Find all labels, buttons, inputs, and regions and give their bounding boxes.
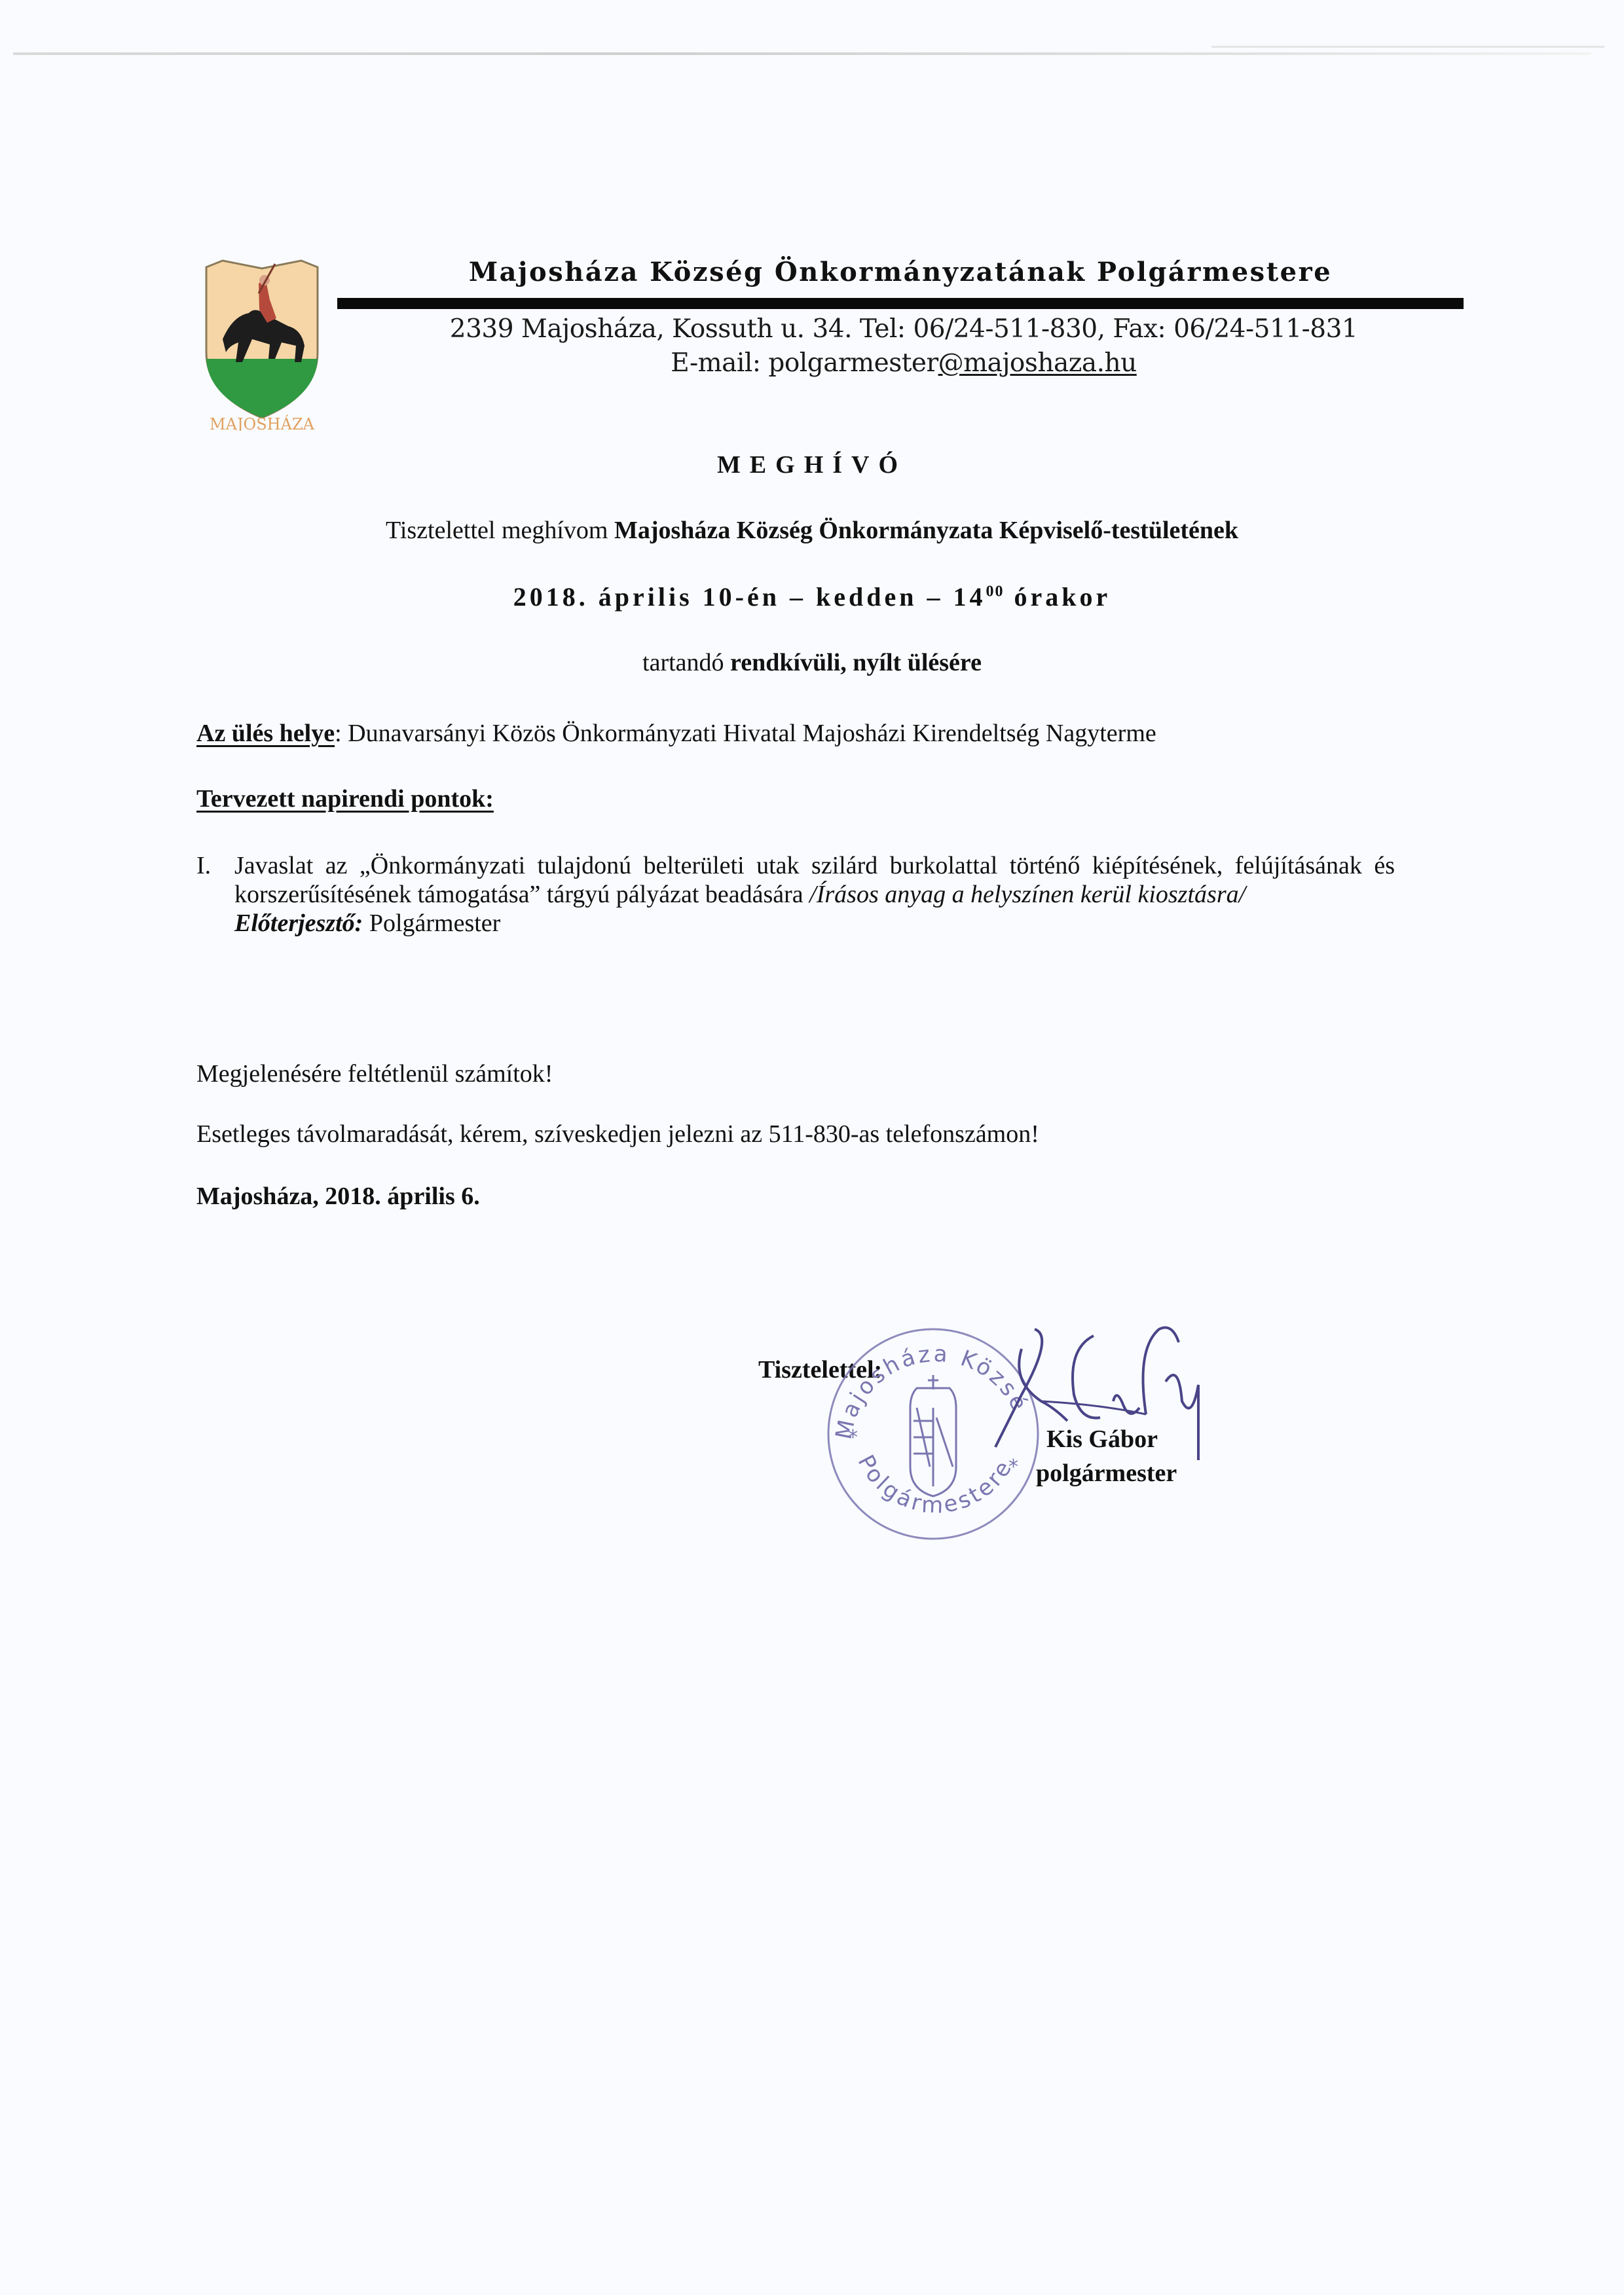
closing-expectation: Megjelenésére feltétlenül számítok! xyxy=(196,1059,553,1088)
venue-value: : Dunavarsányi Közös Önkormányzati Hivat… xyxy=(335,720,1156,747)
agenda-item: I. Javaslat az „Önkormányzati tulajdonú … xyxy=(196,851,1395,938)
presenter-label: Előterjesztő: xyxy=(234,909,363,937)
meeting-date-time: 2018. április 10-én – kedden – 1400 órak… xyxy=(0,581,1624,612)
scan-edge-line xyxy=(13,52,1591,55)
meeting-type: rendkívüli, nyílt ülésére xyxy=(730,649,982,676)
letterhead-rule xyxy=(337,298,1464,309)
svg-text:MAJOSHÁZA: MAJOSHÁZA xyxy=(210,414,315,431)
scan-edge-line-2 xyxy=(1211,46,1604,48)
agenda-item-number: I. xyxy=(196,851,211,880)
agenda-item-presenter: Előterjesztő: Polgármester xyxy=(234,909,1395,938)
svg-text:Polgármestere: Polgármestere xyxy=(853,1451,1018,1519)
presenter-value: Polgármester xyxy=(363,909,500,937)
agenda-item-text: Javaslat az „Önkormányzati tulajdonú bel… xyxy=(234,851,1395,909)
meeting-time-suffix: órakor xyxy=(1004,582,1111,612)
closing-absence-note: Esetleges távolmaradását, kérem, szívesk… xyxy=(196,1120,1039,1148)
letterhead-email: E-mail: polgarmester@majoshaza.hu xyxy=(341,348,1467,378)
agenda-list: I. Javaslat az „Önkormányzati tulajdonú … xyxy=(196,851,1395,938)
venue-line: Az ülés helye: Dunavarsányi Közös Önkorm… xyxy=(196,719,1156,748)
meeting-time-minutes: 00 xyxy=(986,583,1004,600)
invitation-body-name: Majosháza Község Önkormányzata Képviselő… xyxy=(614,517,1238,544)
agenda-heading: Tervezett napirendi pontok: xyxy=(196,784,494,813)
agenda-item-note: /Írásos anyag a helyszínen kerül kiosztá… xyxy=(809,881,1246,908)
municipal-crest-icon: MAJOSHÁZA xyxy=(196,254,327,431)
meeting-type-line: tartandó rendkívüli, nyílt ülésére xyxy=(0,648,1624,677)
meeting-type-prefix: tartandó xyxy=(642,649,730,676)
email-link[interactable]: @majoshaza.hu xyxy=(938,348,1137,378)
signer-title: polgármester xyxy=(1036,1459,1177,1488)
svg-text:*: * xyxy=(848,1426,858,1449)
email-label: E-mail: polgarmester xyxy=(671,348,938,378)
venue-label: Az ülés helye xyxy=(196,720,335,747)
invitation-line: Tisztelettel meghívom Majosháza Község Ö… xyxy=(0,516,1624,545)
document-title: MEGHÍVÓ xyxy=(0,450,1624,479)
meeting-date: 2018. április 10-én – kedden – 14 xyxy=(513,582,986,612)
letterhead-title: Majosháza Község Önkormányzatának Polgár… xyxy=(367,257,1434,287)
signer-name: Kis Gábor xyxy=(1046,1425,1158,1454)
place-and-date: Majosháza, 2018. április 6. xyxy=(196,1182,480,1211)
letterhead-address: 2339 Majosháza, Kossuth u. 34. Tel: 06/2… xyxy=(341,314,1467,344)
invitation-prefix: Tisztelettel meghívom xyxy=(386,517,614,544)
